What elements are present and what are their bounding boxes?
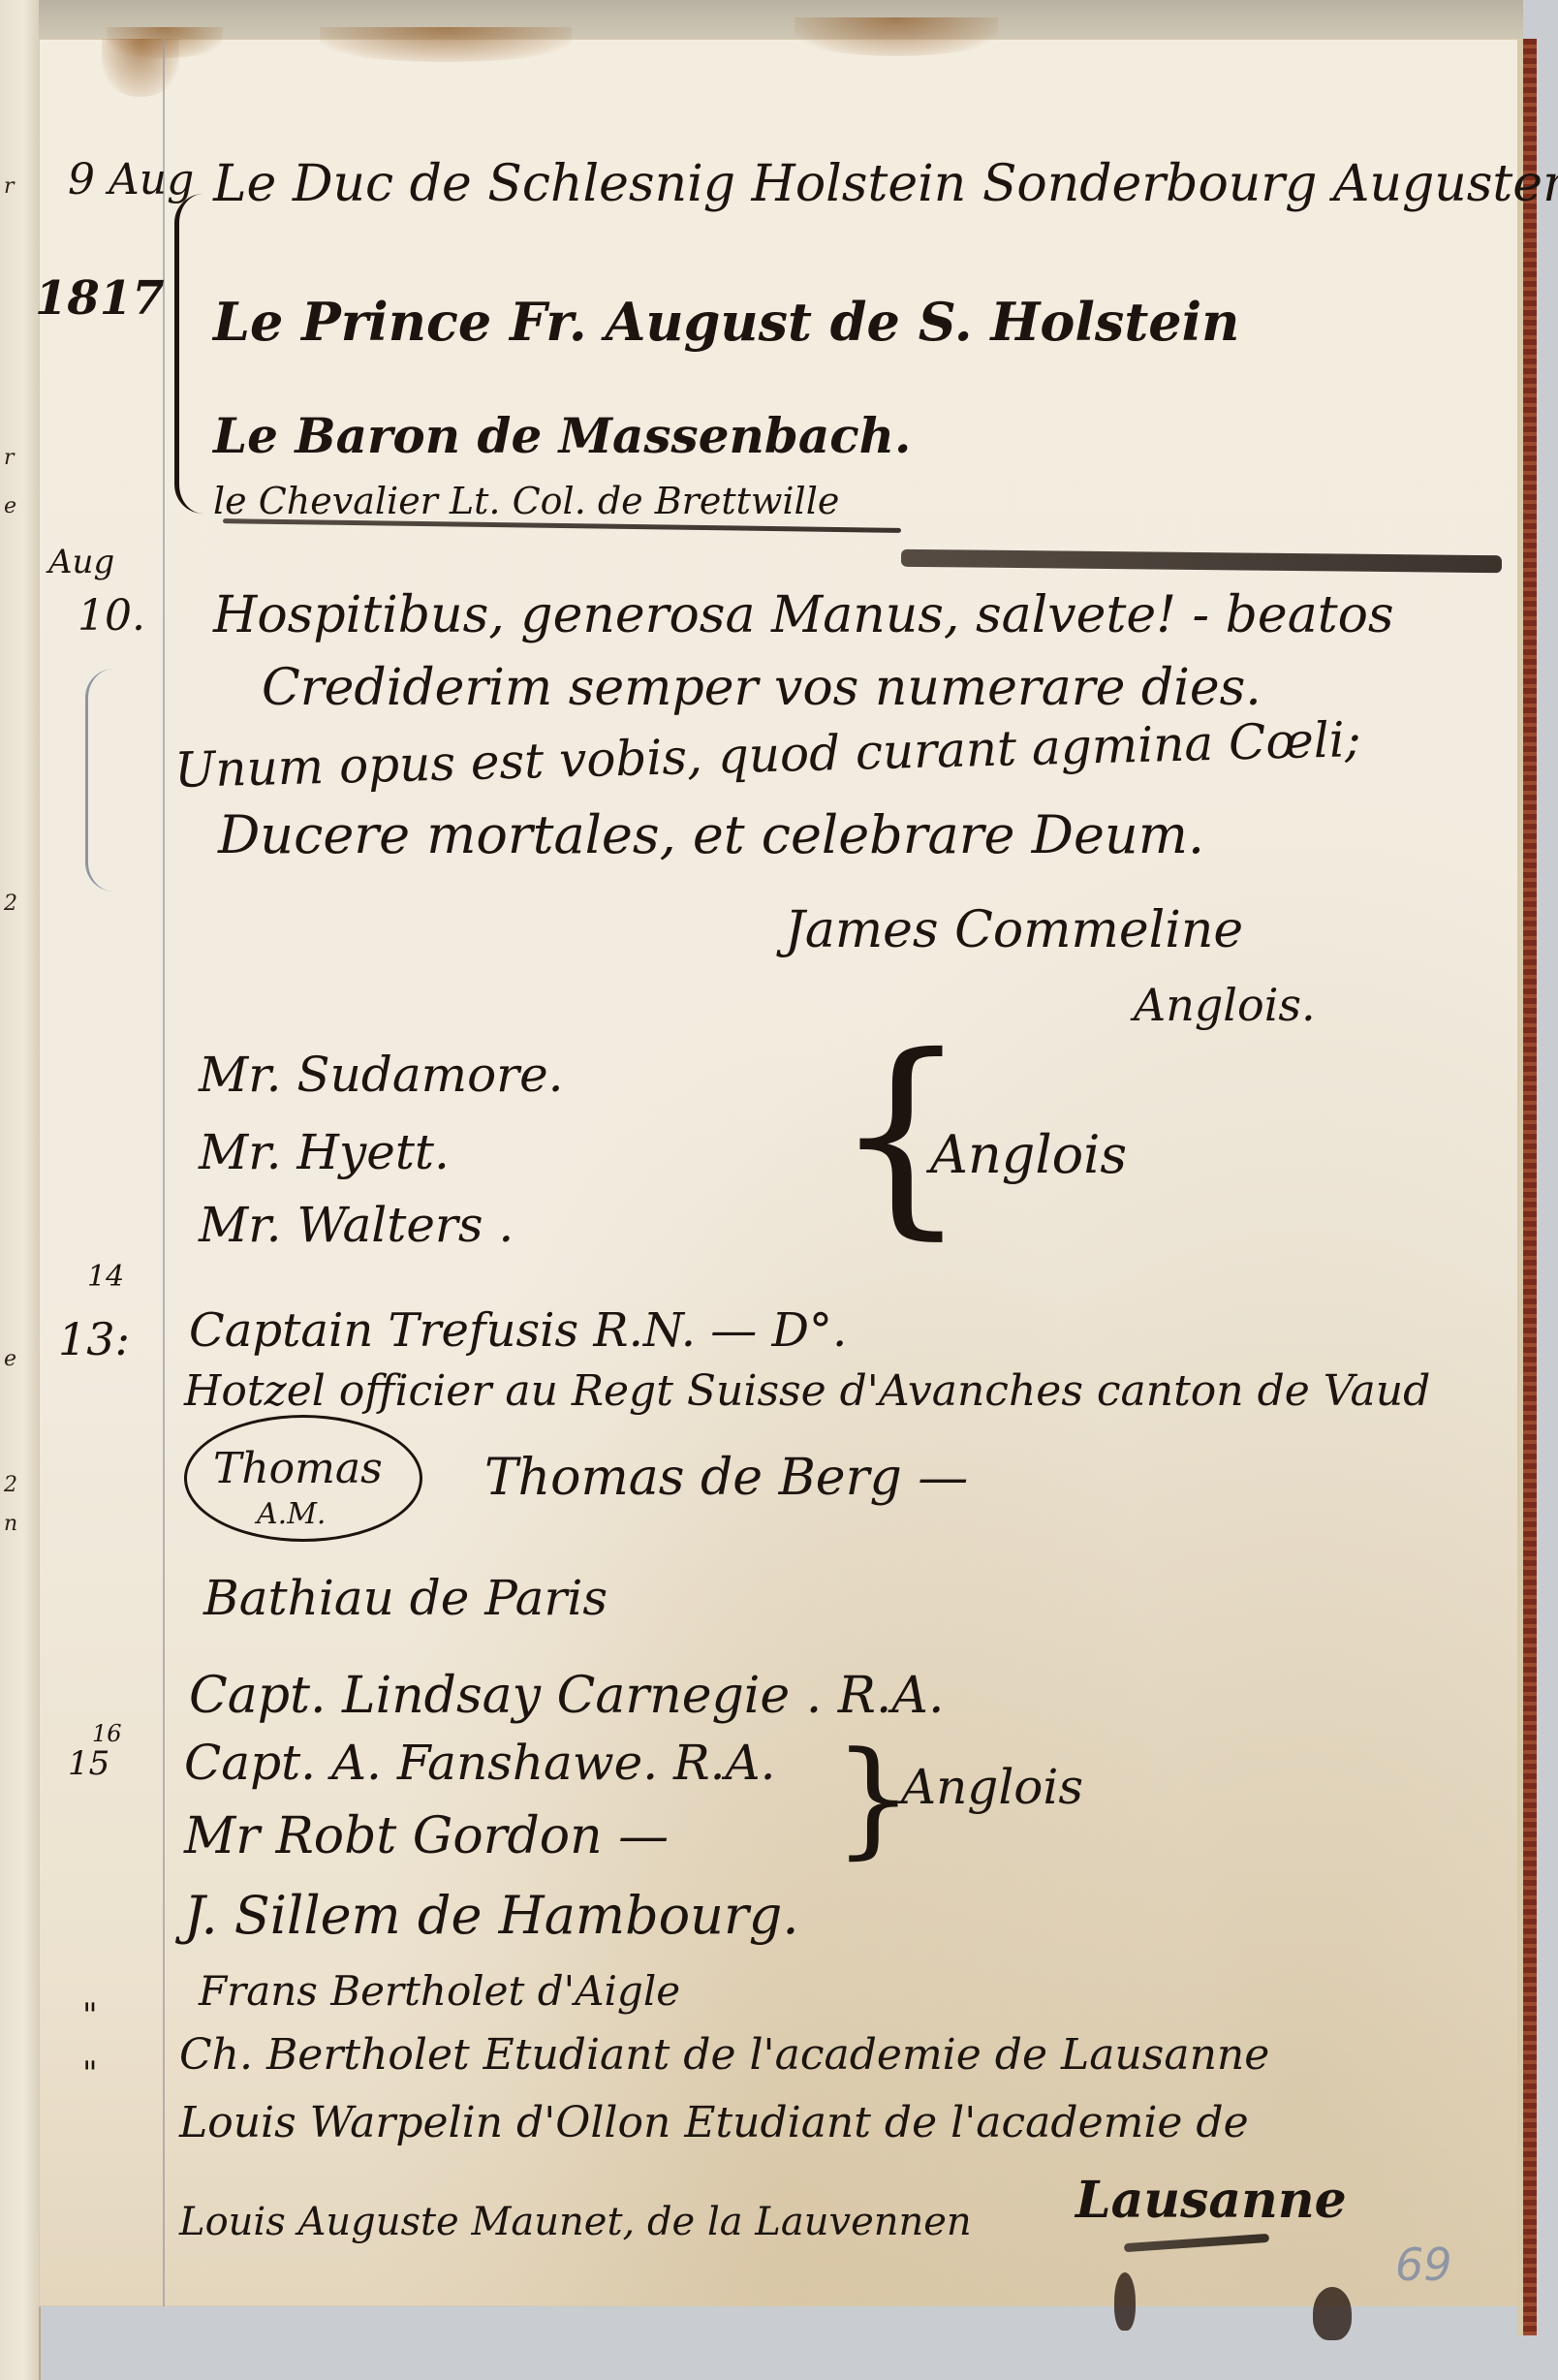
- page-number: 69: [1395, 2239, 1452, 2291]
- torn-top-edge: [39, 0, 1523, 44]
- water-stain: [320, 27, 572, 62]
- water-stain: [107, 27, 223, 58]
- entry-line: Le Baron de Massenbach.: [213, 407, 911, 464]
- entry-date: 15: [68, 1744, 109, 1783]
- ditto-mark: ": [82, 2054, 98, 2093]
- entry-line: Captain Trefusis R.N. — D°.: [189, 1303, 847, 1358]
- entry-date-superscript: 16: [92, 1720, 122, 1747]
- entry-bracket: [174, 194, 218, 514]
- entry-line: Louis Auguste Maunet, de la Lauvennen: [179, 2200, 972, 2244]
- group-label: Anglois: [901, 1759, 1083, 1815]
- water-stain: [795, 17, 998, 56]
- entry-date: 9 Aug: [68, 155, 194, 204]
- entry-date: 13:: [58, 1313, 130, 1365]
- margin-fragment: n: [4, 1512, 17, 1536]
- entry-line: J. Sillem de Hambourg.: [184, 1885, 799, 1946]
- signature: James Commeline: [785, 901, 1243, 959]
- book-spine: [1523, 39, 1537, 2335]
- seal-text: Thomas: [213, 1444, 383, 1493]
- entry-line: Capt. Lindsay Carnegie . R.A.: [189, 1667, 945, 1725]
- entry-line: Capt. A. Fanshawe. R.A.: [184, 1735, 776, 1791]
- entry-line: Lausanne: [1075, 2171, 1347, 2230]
- entry-line: Hotzel officier au Regt Suisse d'Avanche…: [184, 1366, 1430, 1416]
- entry-line: Bathiau de Paris: [203, 1570, 608, 1626]
- entry-line: Frans Bertholet d'Aigle: [199, 1967, 680, 2015]
- margin-fragment: e: [4, 494, 16, 518]
- nationality: Anglois.: [1134, 979, 1316, 1031]
- ditto-mark: ": [82, 1996, 98, 2035]
- entry-line: Le Prince Fr. August de S. Holstein: [213, 291, 1239, 353]
- margin-fragment: 2: [4, 1473, 17, 1497]
- facing-page-edge: r r e 2 e 2 n: [0, 0, 41, 2380]
- entry-line: le Chevalier Lt. Col. de Brettwille: [213, 480, 839, 522]
- verse-line: Ducere mortales, et celebrare Deum.: [218, 804, 1204, 865]
- margin-fragment: e: [4, 1347, 16, 1371]
- entry-date-superscript: 14: [87, 1260, 124, 1294]
- entry-year: 1817: [35, 271, 165, 326]
- ink-blot: [1313, 2287, 1352, 2340]
- entry-line: Mr. Sudamore.: [199, 1047, 564, 1103]
- seal-initials: A.M.: [257, 1497, 326, 1531]
- pencil-bracket: [85, 669, 146, 892]
- entry-line: Mr Robt Gordon —: [184, 1807, 669, 1865]
- entry-date: 10.: [78, 591, 145, 641]
- margin-fragment: r: [4, 174, 15, 199]
- margin-rule-line: [163, 39, 165, 2306]
- entry-line: Mr. Hyett.: [199, 1124, 450, 1180]
- entry-date-month: Aug: [48, 543, 114, 581]
- margin-fragment: r: [4, 446, 15, 470]
- entry-line: Thomas de Berg —: [484, 1449, 968, 1507]
- margin-fragment: 2: [4, 892, 17, 916]
- group-label: Anglois: [930, 1124, 1127, 1185]
- ink-blot: [1114, 2272, 1136, 2331]
- entry-line: Le Duc de Schlesnig Holstein Sonderbourg…: [213, 155, 1558, 213]
- verse-line: Crediderim semper vos numerare dies.: [262, 659, 1262, 717]
- verse-line: Hospitibus, generosa Manus, salvete! - b…: [213, 586, 1394, 644]
- entry-line: Ch. Bertholet Etudiant de l'academie de …: [179, 2030, 1269, 2080]
- entry-line: Louis Warpelin d'Ollon Etudiant de l'aca…: [179, 2098, 1249, 2147]
- entry-line: Mr. Walters .: [199, 1197, 514, 1253]
